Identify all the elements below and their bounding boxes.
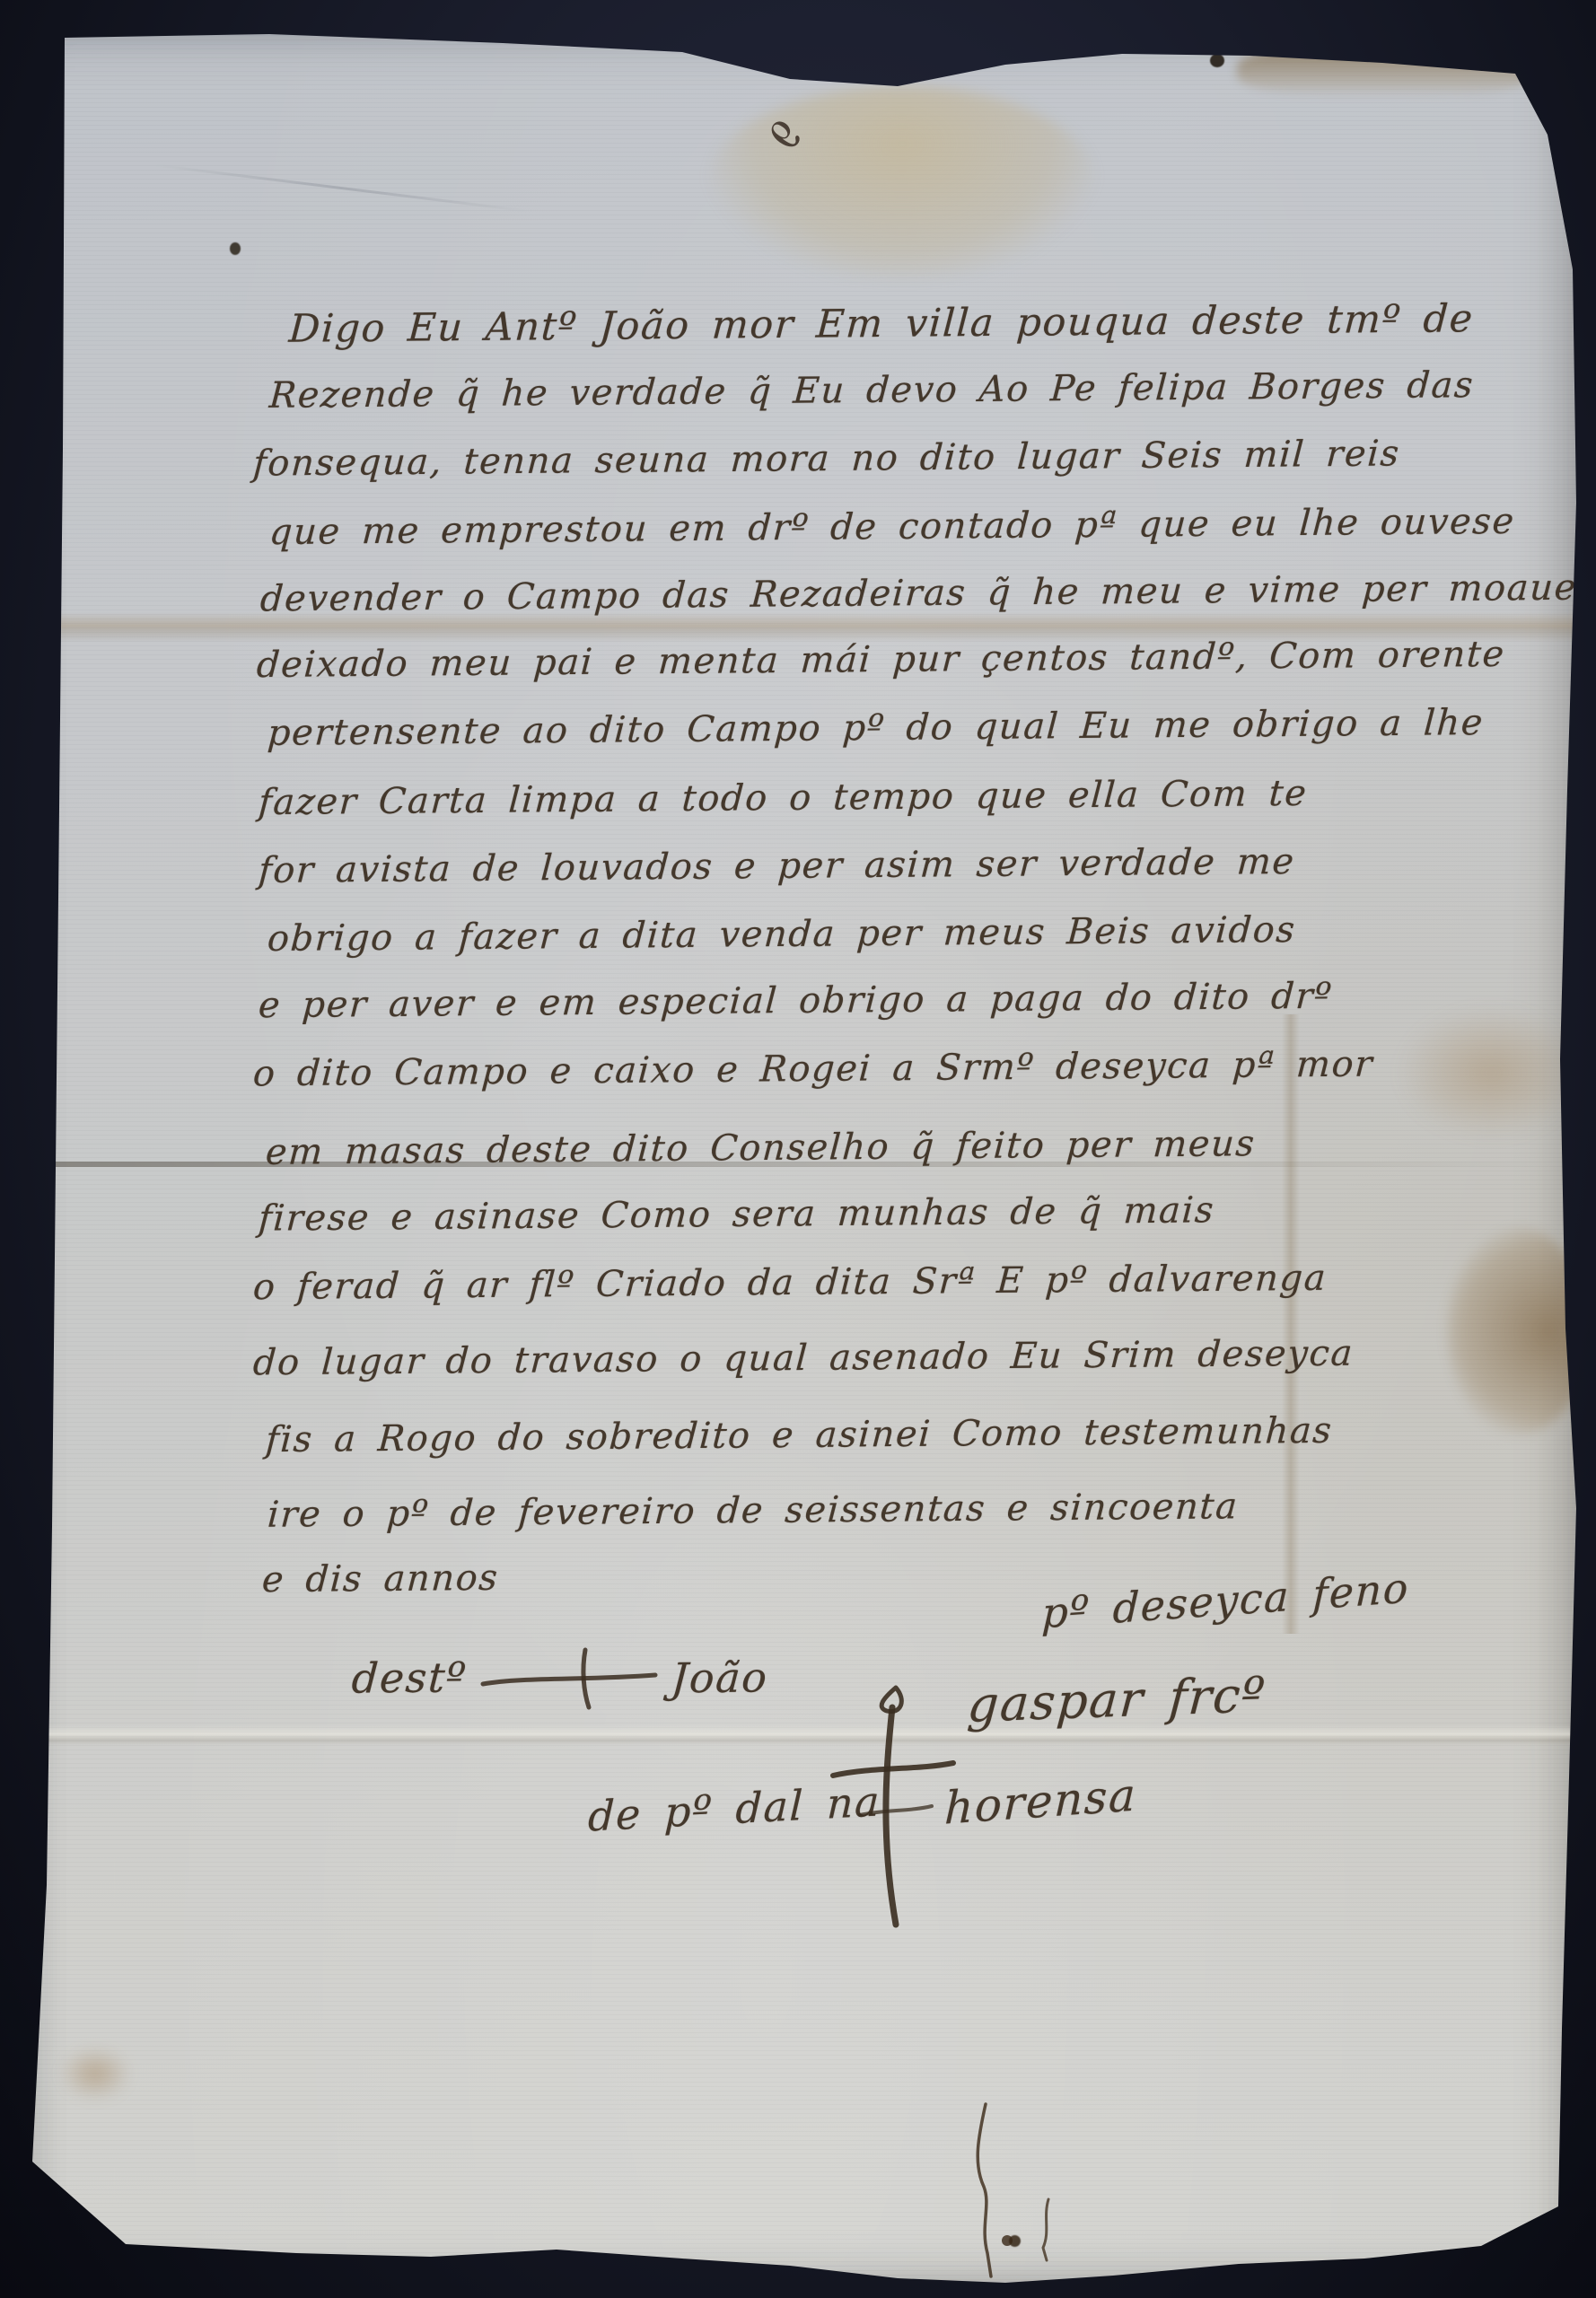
manuscript-line: e dis annos [261,1557,500,1601]
witness-signature-text: destº [350,1653,469,1702]
footer-note-left: de pº dal na [587,1776,881,1840]
manuscript-line: ire o pº de fevereiro de seissentas e si… [267,1486,1240,1535]
manuscript-line: o dito Campo e caixo e Rogei a Srmº dese… [252,1044,1375,1095]
manuscript-line: pertensente ao dito Campo pº do qual Eu … [267,702,1486,754]
witness-signature-text: João [671,1653,770,1703]
manuscript-line: devender o Campo das Rezadeiras q̃ he me… [259,566,1596,619]
attestation-signature: pº deseyca feno [1041,1564,1410,1638]
photo-canvas: ∂ Digo Eu Antº João mor Em villa pouqua … [0,0,1596,2298]
manuscript-line: obrigo a fazer a dita venda per meus Bei… [267,909,1297,960]
manuscript-line: e per aver e em especial obrigo a paga d… [258,976,1334,1026]
manuscript-line: for avista de louvados e per asim ser ve… [258,841,1296,891]
paper-sheet: ∂ Digo Eu Antº João mor Em villa pouqua … [0,0,1596,2298]
witness-signature-left: destº João [352,1645,768,1711]
notary-folio-mark: ∂ [757,111,816,158]
manuscript-line: do lugar do travaso o qual asenado Eu Sr… [252,1333,1355,1384]
manuscript-line: fonsequa, tenna seuna mora no dito lugar… [252,433,1402,484]
manuscript-line: fis a Rogo do sobredito e asinei Como te… [265,1410,1334,1460]
manuscript-line: firese e asinase Como sera munhas de q̃ … [258,1189,1216,1239]
footer-note-right: horensa [943,1768,1137,1834]
manuscript-line: em masas deste dito Conselho q̃ feito pe… [265,1123,1257,1173]
cross-mark-icon [479,1645,659,1711]
handwriting-layer: ∂ Digo Eu Antº João mor Em villa pouqua … [0,0,1596,2298]
manuscript-line: Rezende q̃ he verdade q̃ Eu devo Ao Pe f… [268,364,1476,417]
manuscript-line: o ferad q̃ ar flº Criado da dita Srª E p… [252,1258,1329,1308]
manuscript-line: que me emprestou em drº de contado pª qu… [268,501,1517,553]
manuscript-line: deixado meu pai e menta mái pur çentos t… [256,634,1507,686]
signature-gaspar: gaspar frcº [966,1666,1267,1733]
manuscript-line: fazer Carta limpa a todo o tempo que ell… [258,773,1309,823]
manuscript-line: Digo Eu Antº João mor Em villa pouqua de… [287,296,1475,352]
